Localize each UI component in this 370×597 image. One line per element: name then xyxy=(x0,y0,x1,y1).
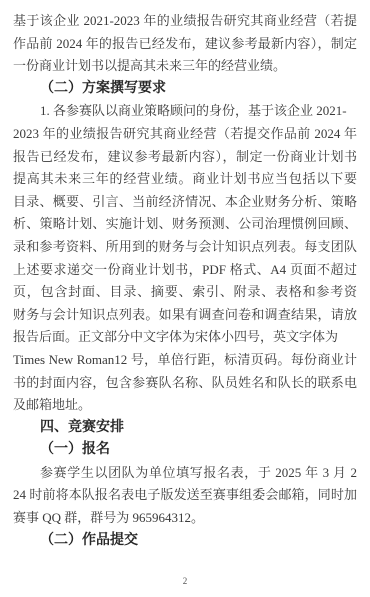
paragraph-line: Times New Roman12 号，单倍行距，标清页码。每份商业计划 xyxy=(13,349,357,372)
paragraph-line: 报告已经发布，建议参考最新内容），制定一份商业计划书以 xyxy=(13,146,357,169)
paragraph-line: 作品前 2024 年的报告已经发布，建议参考最新内容），制定 xyxy=(13,33,357,56)
paragraph-line: 析、策略计划、实施计划、财务预测、公司治理惯例回顾、附 xyxy=(13,213,357,236)
heading-plan-writing-requirements: （二）方案撰写要求 xyxy=(13,78,357,101)
paragraph-line: 2023 年的业绩报告研究其商业经营（若提交作品前 2024 年的 xyxy=(13,123,357,146)
paragraph-line: 目录、概要、引言、当前经济情况、本企业财务分析、策略分 xyxy=(13,191,357,214)
paragraph-line: 上述要求递交一份商业计划书，PDF 格式、A4 页面不超过 50 xyxy=(13,259,357,282)
paragraph-line: 页，包含封面、目录、摘要、索引、附录、表格和参考资料， xyxy=(13,281,357,304)
paragraph-line: 及邮箱地址。 xyxy=(13,394,357,417)
heading-competition-arrangement: 四、竞赛安排 xyxy=(13,417,357,440)
paragraph-line: 1. 各参赛队以商业策略顾问的身份，基于该企业 2021- xyxy=(13,100,357,123)
paragraph-line: 基于该企业 2021-2023 年的业绩报告研究其商业经营（若提交 xyxy=(13,10,357,33)
heading-work-submission: （二）作品提交 xyxy=(13,530,357,553)
document-page: 基于该企业 2021-2023 年的业绩报告研究其商业经营（若提交 作品前 20… xyxy=(0,0,370,597)
paragraph-line: 24 时前将本队报名表电子版发送至赛事组委会邮箱，同时加入 xyxy=(13,484,357,507)
paragraph-line: 报告后面。正文部分中文字体为宋体小四号，英文字体为 xyxy=(13,326,357,349)
paragraph-line: 录和参考资料、所用到的财务与会计知识点列表。每支团队按 xyxy=(13,236,357,259)
paragraph-line: 赛事 QQ 群，群号为 965964312。 xyxy=(13,507,357,530)
paragraph-line: 一份商业计划书以提高其未来三年的经营业绩。 xyxy=(13,55,357,78)
paragraph-line: 财务与会计知识点列表。如果有调查问卷和调查结果，请放在 xyxy=(13,304,357,327)
document-body: 基于该企业 2021-2023 年的业绩报告研究其商业经营（若提交 作品前 20… xyxy=(13,10,357,552)
page-number: 2 xyxy=(0,576,370,587)
paragraph-line: 参赛学生以团队为单位填写报名表，于 2025 年 3 月 2 日 xyxy=(13,462,357,485)
paragraph-line: 提高其未来三年的经营业绩。商业计划书应当包括以下要素： xyxy=(13,168,357,191)
heading-registration: （一）报名 xyxy=(13,439,357,462)
paragraph-line: 书的封面内容，包含参赛队名称、队员姓名和队长的联系电话 xyxy=(13,372,357,395)
